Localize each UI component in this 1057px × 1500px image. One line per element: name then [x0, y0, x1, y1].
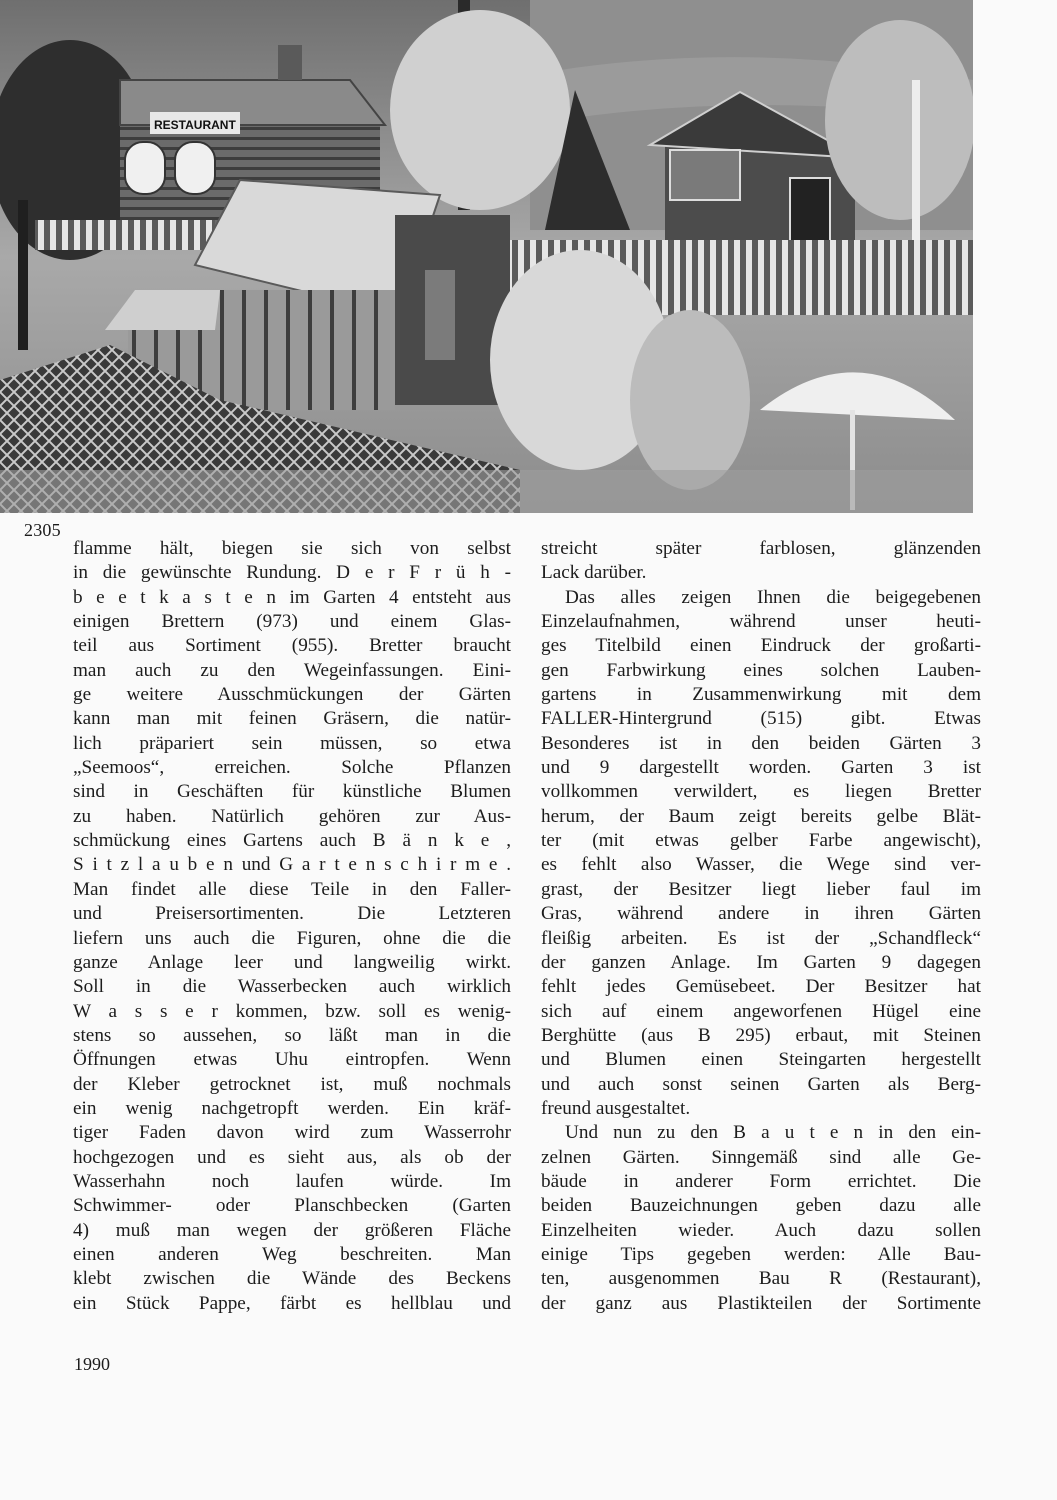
photo-garden-scene: RESTAURANT	[0, 0, 973, 513]
text-line: bäude in anderer Form errichtet. Die	[541, 1170, 981, 1194]
text-line: der Kleber getrocknet ist, muß nochmals	[73, 1073, 511, 1097]
text-line: Wasserhahn noch laufen würde. Im	[73, 1170, 511, 1194]
text-line: herum, der Baum zeigt bereits gelbe Blät…	[541, 805, 981, 829]
text-line: „Seemoos“, erreichen. Solche Pflanzen	[73, 756, 511, 780]
text-line: ein Stück Pappe, färbt es hellblau und	[73, 1292, 511, 1316]
text-line: gartens in Zusammenwirkung mit dem	[541, 683, 981, 707]
text-line: Soll in die Wasserbecken auch wirklich	[73, 975, 511, 999]
text-line: W a s s e r kommen, bzw. soll es wenig-	[73, 1000, 511, 1024]
text-line: und Blumen einen Steingarten hergestellt	[541, 1048, 981, 1072]
text-line: streicht später farblosen, glänzenden	[541, 537, 981, 561]
text-line: grast, der Besitzer liegt lieber faul im	[541, 878, 981, 902]
text-line: freund ausgestaltet.	[541, 1097, 981, 1121]
text-column-right: streicht später farblosen, glänzenden La…	[541, 537, 981, 1316]
text-line: fleißig arbeiten. Es ist der „Schandflec…	[541, 927, 981, 951]
figure-number: 2305	[24, 519, 61, 541]
text-line: Einzelheiten wieder. Auch dazu sollen	[541, 1219, 981, 1243]
text-line: b e e t k a s t e n im Garten 4 entsteht…	[73, 586, 511, 610]
text-line: gen Farbwirkung eines solchen Lauben-	[541, 659, 981, 683]
text-line: stens so aussehen, so läßt man in die	[73, 1024, 511, 1048]
text-line: und 9 dargestellt worden. Garten 3 ist	[541, 756, 981, 780]
text-line: sich auf einem angeworfenen Hügel eine	[541, 1000, 981, 1024]
text-line: lich präpariert sein müssen, so etwa	[73, 732, 511, 756]
text-line: in die gewünschte Rundung. D e r F r ü h…	[73, 561, 511, 585]
text-line: fehlt jedes Gemüsebeet. Der Besitzer hat	[541, 975, 981, 999]
text-line: FALLER-Hintergrund (515) gibt. Etwas	[541, 707, 981, 731]
text-line: einen anderen Weg beschreiten. Man	[73, 1243, 511, 1267]
text-line: Öffnungen etwas Uhu eintropfen. Wenn	[73, 1048, 511, 1072]
text-line: klebt zwischen die Wände des Beckens	[73, 1267, 511, 1291]
text-line: sind in Geschäften für künstliche Blumen	[73, 780, 511, 804]
text-line: teil aus Sortiment (955). Bretter brauch…	[73, 634, 511, 658]
text-line: schmückung eines Gartens auch B ä n k e …	[73, 829, 511, 853]
text-line: S i t z l a u b e n und G a r t e n s c …	[73, 853, 511, 877]
restaurant-sign: RESTAURANT	[154, 118, 236, 132]
text-line: zu haben. Natürlich gehören zur Aus-	[73, 805, 511, 829]
text-line: Lack darüber.	[541, 561, 981, 585]
text-line: einige Tips gegeben werden: Alle Bau-	[541, 1243, 981, 1267]
text-line: der ganzen Anlage. Im Garten 9 dagegen	[541, 951, 981, 975]
page-number: 1990	[74, 1353, 110, 1375]
paragraph-start: Und nun zu den B a u t e n in den ein-	[541, 1121, 981, 1145]
text-line: ein wenig nachgetropft werden. Ein kräf-	[73, 1097, 511, 1121]
text-line: ges Titelbild einen Eindruck der großart…	[541, 634, 981, 658]
text-line: 4) muß man wegen der größeren Fläche	[73, 1219, 511, 1243]
text-line: zelnen Gärten. Sinngemäß sind alle Ge-	[541, 1146, 981, 1170]
text-column-left: flamme hält, biegen sie sich von selbst …	[73, 537, 511, 1316]
text-line: und Preisersortimenten. Die Letzteren	[73, 902, 511, 926]
text-line: Schwimmer- oder Planschbecken (Garten	[73, 1194, 511, 1218]
text-line: ten, ausgenommen Bau R (Restaurant),	[541, 1267, 981, 1291]
text-line: tiger Faden davon wird zum Wasserrohr	[73, 1121, 511, 1145]
text-line: man auch zu den Wegeinfassungen. Eini-	[73, 659, 511, 683]
text-line: Einzelaufnahmen, während unser heuti-	[541, 610, 981, 634]
text-line: einigen Brettern (973) und einem Glas-	[73, 610, 511, 634]
text-line: es fehlt also Wasser, die Wege sind ver-	[541, 853, 981, 877]
text-line: ge weitere Ausschmückungen der Gärten	[73, 683, 511, 707]
text-line: beiden Bauzeichnungen geben dazu alle	[541, 1194, 981, 1218]
text-line: liefern uns auch die Figuren, ohne die d…	[73, 927, 511, 951]
text-line: kann man mit feinen Gräsern, die natür-	[73, 707, 511, 731]
text-line: der ganz aus Plastikteilen der Sortiment…	[541, 1292, 981, 1316]
text-line: und auch sonst seinen Garten als Berg-	[541, 1073, 981, 1097]
text-line: Besonderes ist in den beiden Gärten 3	[541, 732, 981, 756]
text-line: Gras, während andere in ihren Gärten	[541, 902, 981, 926]
text-line: flamme hält, biegen sie sich von selbst	[73, 537, 511, 561]
text-line: Berghütte (aus B 295) erbaut, mit Steine…	[541, 1024, 981, 1048]
paragraph-start: Das alles zeigen Ihnen die beigegebenen	[541, 586, 981, 610]
text-line: vollkommen verwildert, es liegen Bretter	[541, 780, 981, 804]
text-line: ganze Anlage leer und langweilig wirkt.	[73, 951, 511, 975]
text-line: hochgezogen und es sieht aus, als ob der	[73, 1146, 511, 1170]
text-line: ter (mit etwas gelber Farbe angewischt),	[541, 829, 981, 853]
text-line: Man findet alle diese Teile in den Falle…	[73, 878, 511, 902]
